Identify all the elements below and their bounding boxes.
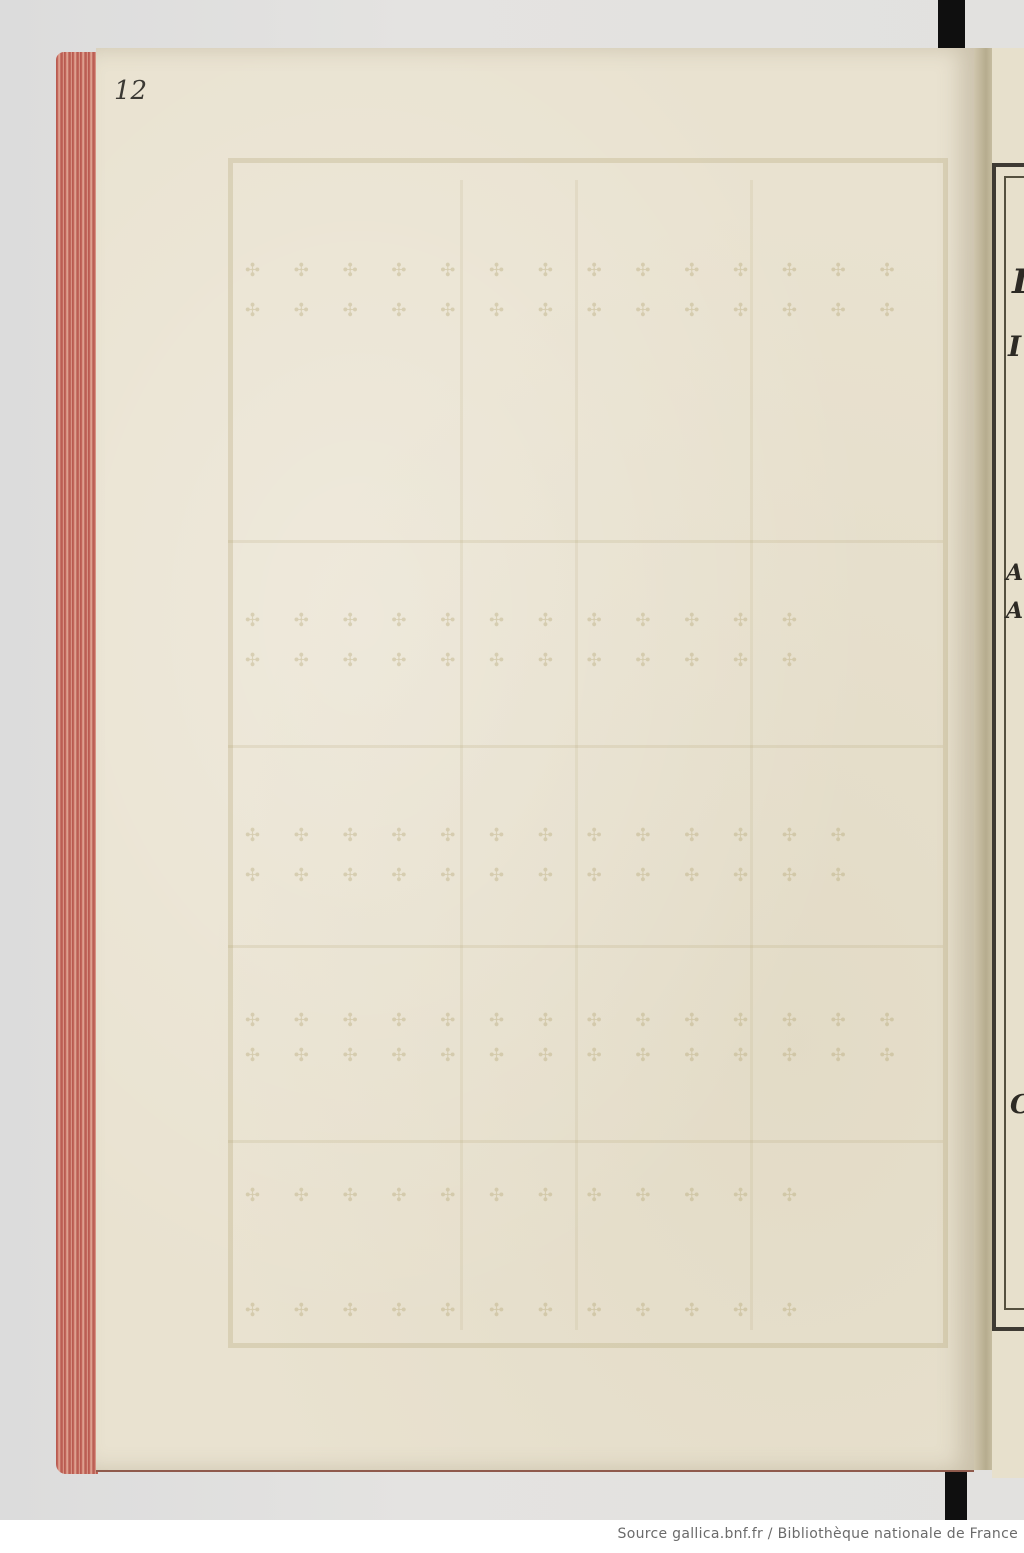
page-edges — [56, 52, 98, 1474]
show-through-rule — [228, 745, 943, 748]
show-through-ornament: ✣ ✣ ✣ ✣ ✣ ✣ ✣ ✣ ✣ ✣ ✣ ✣ — [245, 610, 811, 631]
show-through-ornament: ✣ ✣ ✣ ✣ ✣ ✣ ✣ ✣ ✣ ✣ ✣ ✣ — [245, 650, 811, 671]
show-through-rule — [460, 180, 463, 1330]
show-through-rule — [228, 540, 943, 543]
show-through-ornament: ✣ ✣ ✣ ✣ ✣ ✣ ✣ ✣ ✣ ✣ ✣ ✣ ✣ — [245, 865, 860, 886]
book-gutter — [974, 48, 994, 1470]
show-through-rule — [750, 180, 753, 1330]
right-page-glyph: C — [1010, 1090, 1024, 1120]
show-through-ornament: ✣ ✣ ✣ ✣ ✣ ✣ ✣ ✣ ✣ ✣ ✣ ✣ ✣ ✣ — [245, 1010, 909, 1031]
right-page-glyph: I — [1012, 262, 1024, 302]
show-through-ornament: ✣ ✣ ✣ ✣ ✣ ✣ ✣ ✣ ✣ ✣ ✣ ✣ ✣ — [245, 825, 860, 846]
show-through-rule — [228, 945, 943, 948]
show-through-ornament: ✣ ✣ ✣ ✣ ✣ ✣ ✣ ✣ ✣ ✣ ✣ ✣ ✣ ✣ — [245, 1045, 909, 1066]
show-through-ornament: ✣ ✣ ✣ ✣ ✣ ✣ ✣ ✣ ✣ ✣ ✣ ✣ ✣ ✣ — [245, 300, 909, 321]
scan-background: ✣ ✣ ✣ ✣ ✣ ✣ ✣ ✣ ✣ ✣ ✣ ✣ ✣ ✣ ✣ ✣ ✣ ✣ ✣ ✣ … — [0, 0, 1024, 1520]
right-page-glyph: A — [1006, 598, 1023, 624]
show-through-frame — [228, 158, 948, 1348]
source-credit: Source gallica.bnf.fr / Bibliothèque nat… — [618, 1526, 1018, 1542]
show-through-rule — [228, 1140, 943, 1143]
right-page-glyph: A — [1006, 560, 1023, 586]
show-through-ornament: ✣ ✣ ✣ ✣ ✣ ✣ ✣ ✣ ✣ ✣ ✣ ✣ — [245, 1185, 811, 1206]
show-through-ornament: ✣ ✣ ✣ ✣ ✣ ✣ ✣ ✣ ✣ ✣ ✣ ✣ ✣ ✣ — [245, 260, 909, 281]
show-through-rule — [575, 180, 578, 1330]
right-page-glyph: I — [1008, 330, 1021, 363]
bookmark-ribbon-bottom — [945, 1472, 967, 1520]
show-through-ornament: ✣ ✣ ✣ ✣ ✣ ✣ ✣ ✣ ✣ ✣ ✣ ✣ — [245, 1300, 811, 1321]
page-number: 12 — [114, 76, 147, 106]
